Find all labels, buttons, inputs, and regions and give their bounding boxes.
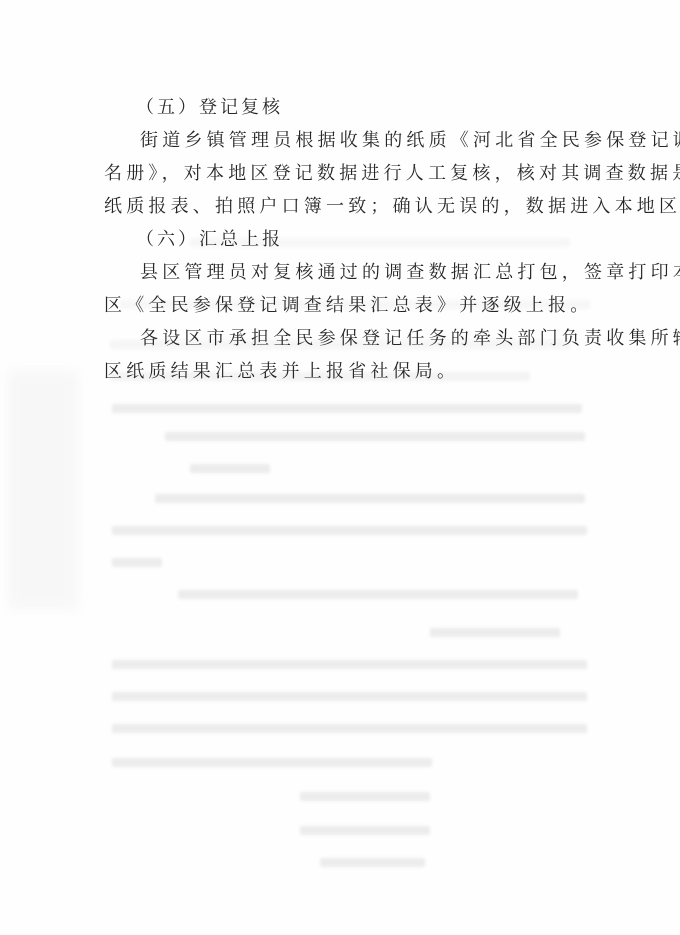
paragraph-line: 县区管理员对复核通过的调查数据汇总打包，签章打印本地	[104, 261, 592, 294]
paragraph-line: 区纸质结果汇总表并上报省社保局。	[104, 360, 592, 393]
paragraph-line: 各设区市承担全民参保登记任务的牵头部门负责收集所辖县	[104, 327, 592, 360]
section-heading: （五）登记复核	[104, 96, 592, 129]
section-summary-report: （六）汇总上报 县区管理员对复核通过的调查数据汇总打包，签章打印本地 区《全民参…	[104, 228, 592, 393]
paragraph-line: 纸质报表、拍照户口簿一致；确认无误的，数据进入本地区调查库。	[104, 195, 592, 228]
paragraph-line: 区《全民参保登记调查结果汇总表》并逐级上报。	[104, 294, 592, 327]
scanned-page: （五）登记复核 街道乡镇管理员根据收集的纸质《河北省全民参保登记调查 名册》，对…	[0, 0, 680, 935]
section-heading: （六）汇总上报	[104, 228, 592, 261]
scan-edge-shadow	[8, 370, 78, 610]
paragraph-line: 名册》，对本地区登记数据进行人工复核，核对其调查数据是否与	[104, 162, 592, 195]
document-body: （五）登记复核 街道乡镇管理员根据收集的纸质《河北省全民参保登记调查 名册》，对…	[104, 96, 592, 393]
paragraph-line: 街道乡镇管理员根据收集的纸质《河北省全民参保登记调查	[104, 129, 592, 162]
section-registration-review: （五）登记复核 街道乡镇管理员根据收集的纸质《河北省全民参保登记调查 名册》，对…	[104, 96, 592, 228]
